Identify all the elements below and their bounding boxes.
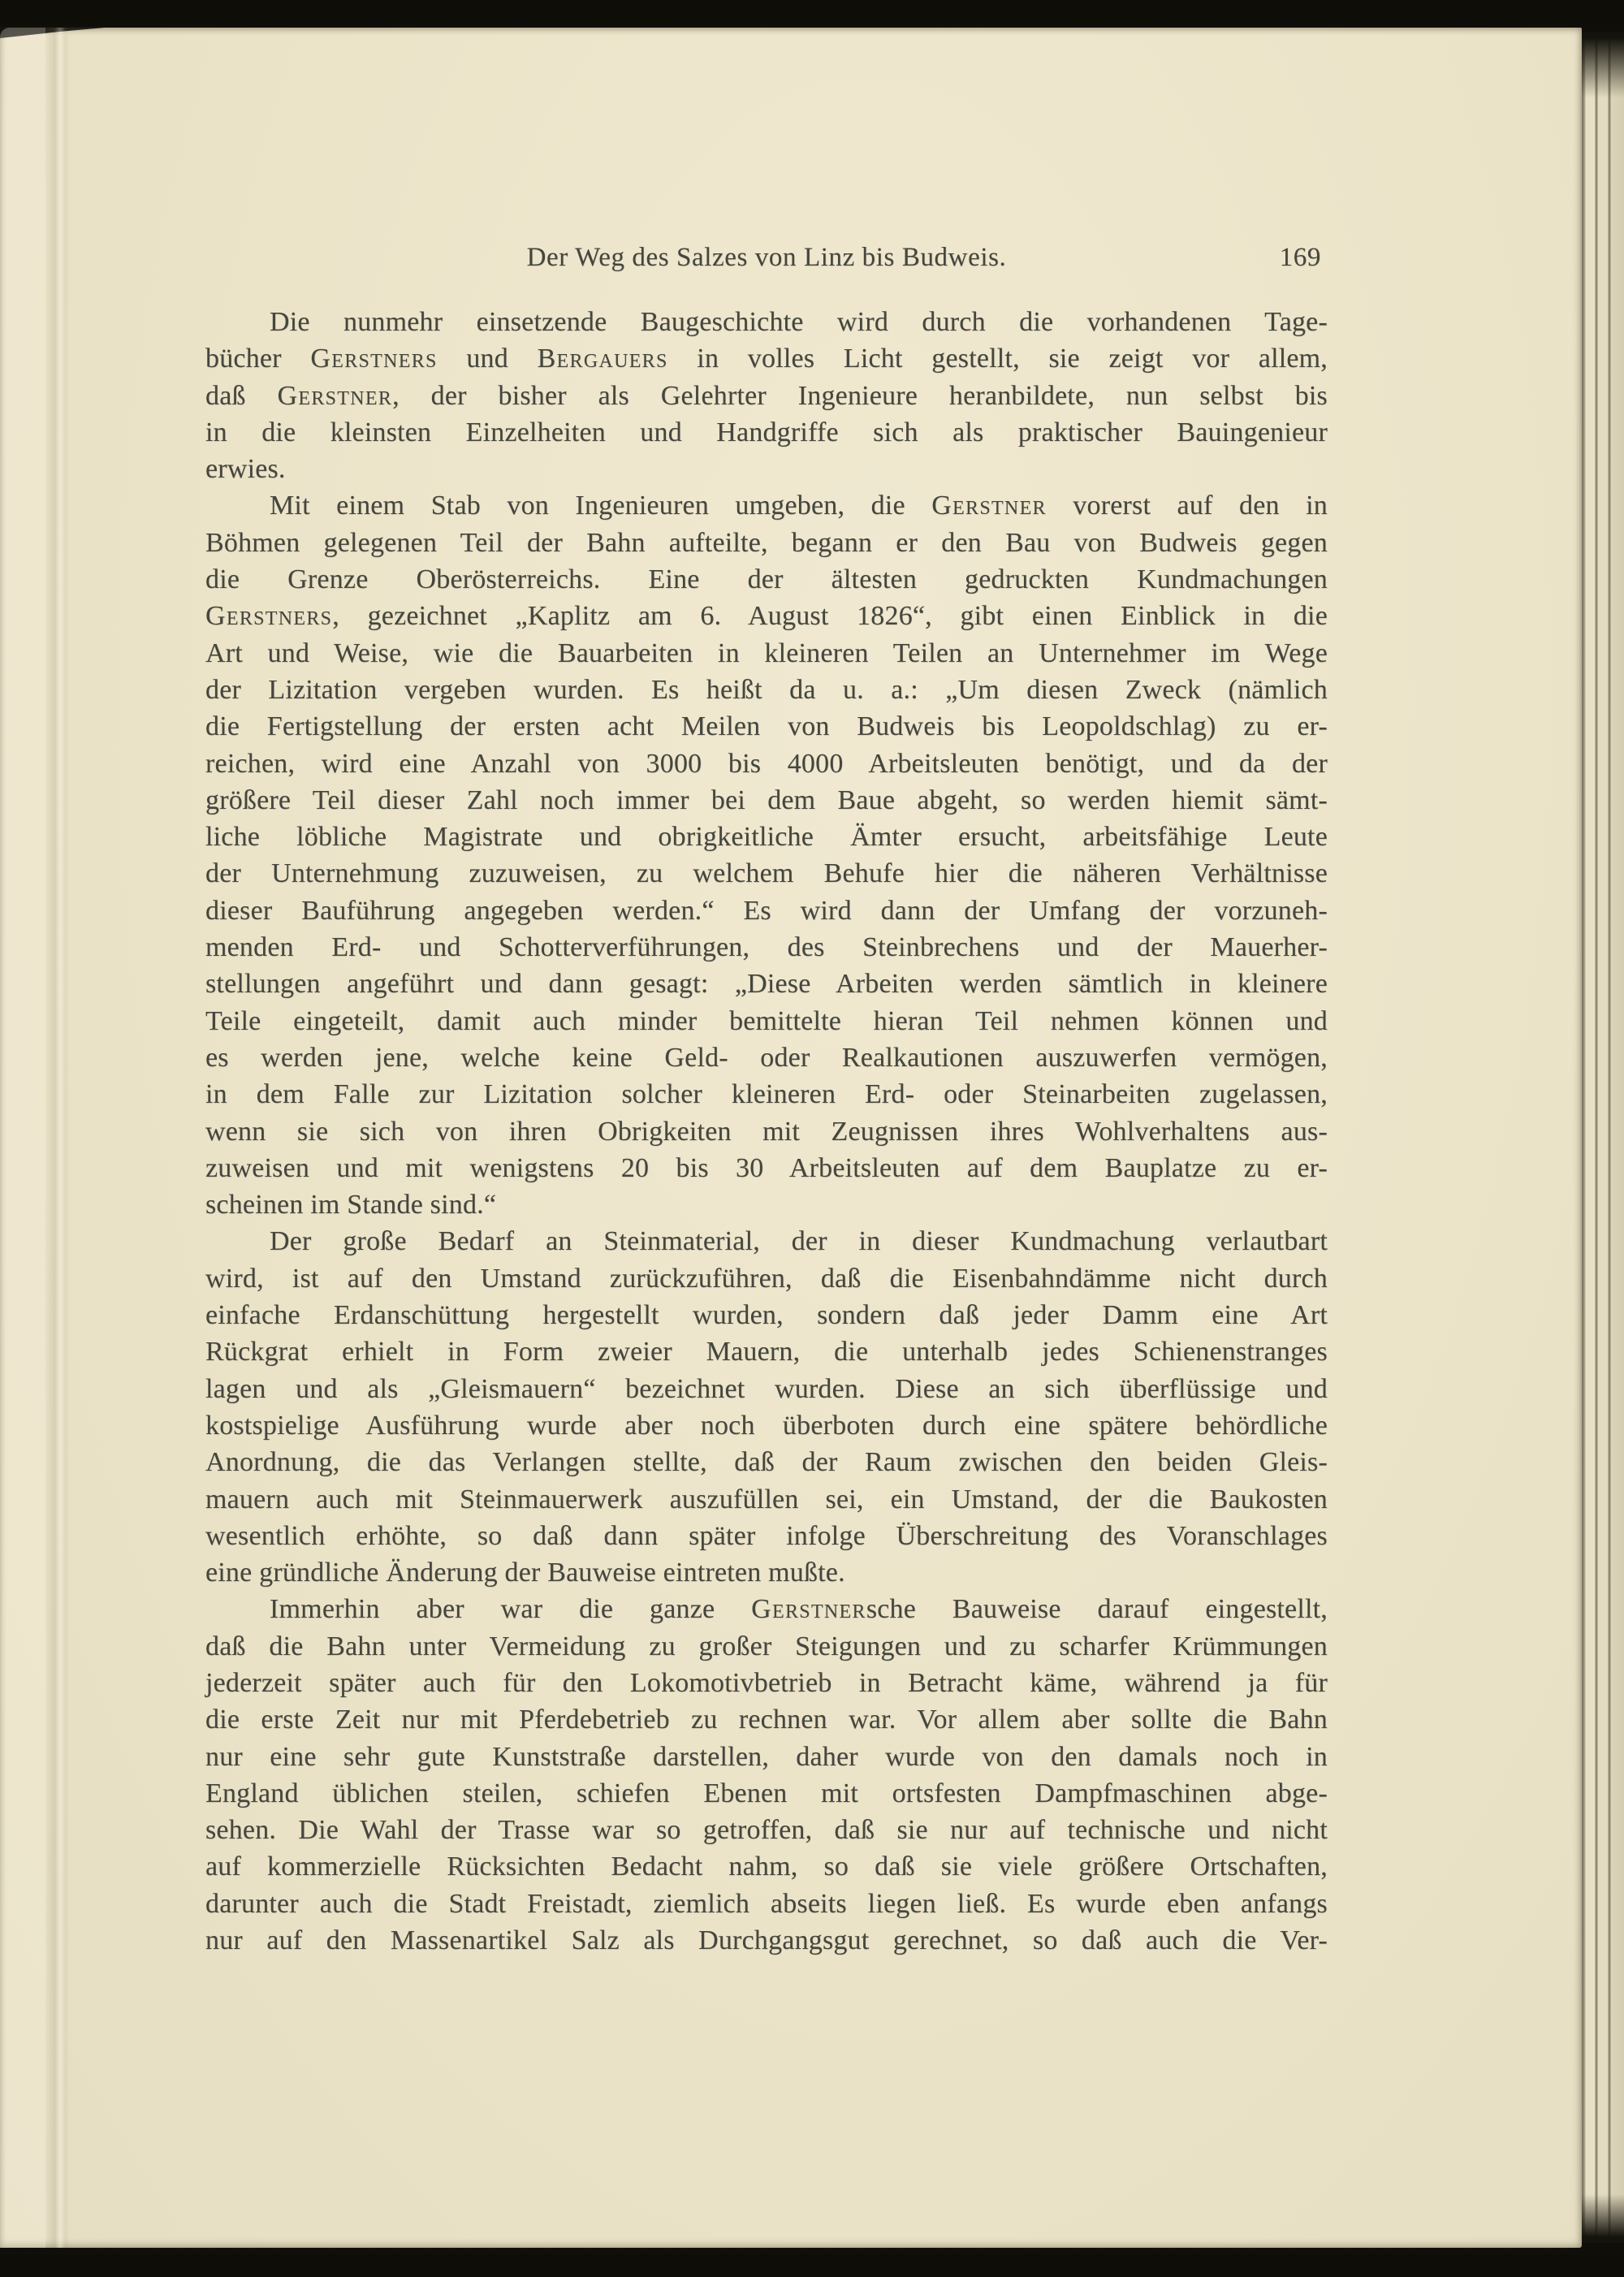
text-line: dieser Bauführung angegeben werden.“ Es …: [205, 892, 1328, 929]
text-line: lagen und als „Gleismauern“ bezeichnet w…: [205, 1371, 1328, 1407]
text-line: wenn sie sich von ihren Obrigkeiten mit …: [205, 1113, 1328, 1150]
text-line: die Grenze Oberösterreichs. Eine der ält…: [205, 561, 1328, 598]
page-number: 169: [1280, 239, 1321, 276]
page-content: Der Weg des Salzes von Linz bis Budweis.…: [205, 28, 1328, 1959]
text-line: Böhmen gelegenen Teil der Bahn aufteilte…: [205, 525, 1328, 561]
text-line: daß die Bahn unter Vermeidung zu großer …: [205, 1628, 1328, 1665]
book-scan: Der Weg des Salzes von Linz bis Budweis.…: [0, 0, 1624, 2277]
text-line: in die kleinsten Einzelheiten und Handgr…: [205, 414, 1328, 451]
text-line: menden Erd- und Schotterverführungen, de…: [205, 929, 1328, 966]
text-line: mauern auch mit Steinmauerwerk auszufüll…: [205, 1481, 1328, 1518]
text-line: reichen, wird eine Anzahl von 3000 bis 4…: [205, 745, 1328, 782]
running-title: Der Weg des Salzes von Linz bis Budweis.: [205, 239, 1328, 276]
text-line: es werden jene, welche keine Geld- oder …: [205, 1039, 1328, 1076]
person-name-smallcaps: Gerstner: [278, 381, 393, 411]
text-line: erwies.: [205, 451, 1328, 487]
book-fore-edge: [1582, 32, 1624, 2243]
person-name-smallcaps: Gerstners: [205, 601, 332, 631]
text-line: darunter auch die Stadt Freistadt, zieml…: [205, 1886, 1328, 1922]
text-line: stellungen angeführt und dann gesagt: „D…: [205, 966, 1328, 1002]
page-left-margin-shading: [0, 28, 45, 2248]
text-line: Immerhin aber war die ganze Gerstnersche…: [205, 1591, 1328, 1627]
text-line: nur eine sehr gute Kunststraße darstelle…: [205, 1739, 1328, 1775]
text-line: zuweisen und mit wenigstens 20 bis 30 Ar…: [205, 1150, 1328, 1186]
text-line: die erste Zeit nur mit Pferdebetrieb zu …: [205, 1701, 1328, 1738]
book-page: Der Weg des Salzes von Linz bis Budweis.…: [0, 28, 1582, 2248]
text-line: scheinen im Stande sind.“: [205, 1186, 1328, 1223]
text-line: Teile eingeteilt, damit auch minder bemi…: [205, 1003, 1328, 1039]
text-line: der Unternehmung zuzuweisen, zu welchem …: [205, 855, 1328, 892]
person-name-smallcaps: Bergauers: [538, 343, 668, 374]
text-line: eine gründliche Änderung der Bauweise ei…: [205, 1554, 1328, 1591]
text-line: liche löbliche Magistrate und obrigkeitl…: [205, 819, 1328, 855]
text-line: jederzeit später auch für den Lokomotivb…: [205, 1665, 1328, 1701]
page-gutter-crease: [45, 28, 70, 2248]
body-text: Die nunmehr einsetzende Baugeschichte wi…: [205, 304, 1328, 1959]
text-line: sehen. Die Wahl der Trasse war so getrof…: [205, 1812, 1328, 1848]
text-line: in dem Falle zur Lizitation solcher klei…: [205, 1076, 1328, 1113]
text-line: Mit einem Stab von Ingenieuren umgeben, …: [205, 487, 1328, 524]
text-line: kostspielige Ausführung wurde aber noch …: [205, 1407, 1328, 1444]
text-line: daß Gerstner, der bisher als Gelehrter I…: [205, 378, 1328, 414]
text-line: Rückgrat erhielt in Form zweier Mauern, …: [205, 1333, 1328, 1370]
text-line: England üblichen steilen, schiefen Ebene…: [205, 1775, 1328, 1812]
text-line: Der große Bedarf an Steinmaterial, der i…: [205, 1223, 1328, 1259]
text-line: Die nunmehr einsetzende Baugeschichte wi…: [205, 304, 1328, 340]
text-line: die Fertigstellung der ersten acht Meile…: [205, 708, 1328, 745]
person-name-smallcaps: Gerstner: [751, 1594, 866, 1624]
text-line: Anordnung, die das Verlangen stellte, da…: [205, 1444, 1328, 1480]
text-line: der Lizitation vergeben wurden. Es heißt…: [205, 672, 1328, 708]
running-head: Der Weg des Salzes von Linz bis Budweis.…: [205, 239, 1328, 276]
text-line: größere Teil dieser Zahl noch immer bei …: [205, 782, 1328, 819]
text-line: einfache Erdanschüttung hergestellt wurd…: [205, 1297, 1328, 1333]
text-line: bücher Gerstners und Bergauers in volles…: [205, 340, 1328, 377]
text-line: Gerstners, gezeichnet „Kaplitz am 6. Aug…: [205, 598, 1328, 634]
text-line: Art und Weise, wie die Bauarbeiten in kl…: [205, 635, 1328, 672]
text-line: wesentlich erhöhte, so daß dann später i…: [205, 1518, 1328, 1554]
person-name-smallcaps: Gerstner: [931, 490, 1047, 521]
text-line: wird, ist auf den Umstand zurückzuführen…: [205, 1260, 1328, 1297]
text-line: nur auf den Massenartikel Salz als Durch…: [205, 1922, 1328, 1959]
person-name-smallcaps: Gerstners: [310, 343, 437, 374]
text-line: auf kommerzielle Rücksichten Bedacht nah…: [205, 1848, 1328, 1885]
